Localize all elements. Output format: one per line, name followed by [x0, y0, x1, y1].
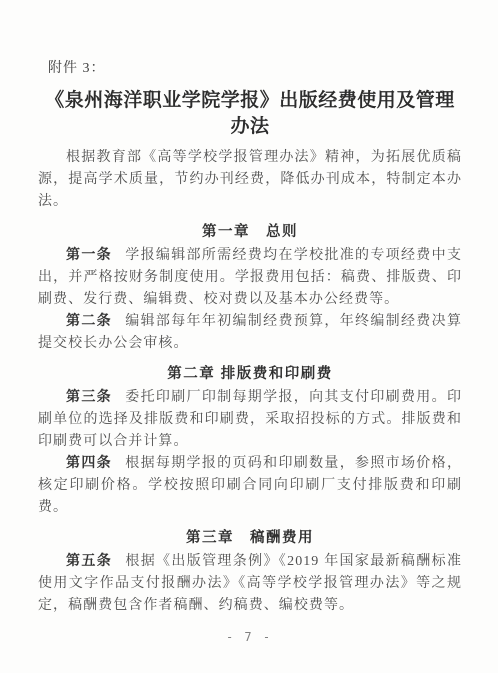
article-1-label: 第一条: [66, 248, 112, 263]
article-4-label: 第四条: [66, 456, 112, 471]
article-3-label: 第三条: [66, 390, 112, 405]
attachment-label: 附件 3：: [48, 58, 462, 80]
article-2-label: 第二条: [66, 314, 112, 329]
article-5-label: 第五条: [66, 554, 112, 569]
intro-paragraph: 根据教育部《高等学校学报管理办法》精神，为拓展优质稿源，提高学术质量，节约办刊经…: [38, 147, 462, 213]
article-1: 第一条学报编辑部所需经费均在学校批准的专项经费中支出，并严格按财务制度使用。学报…: [38, 245, 462, 311]
article-3: 第三条委托印刷厂印制每期学报，向其支付印刷费用。印刷单位的选择及排版费和印刷费，…: [38, 387, 462, 453]
document-title: 《泉州海洋职业学院学报》出版经费使用及管理办法: [38, 88, 462, 140]
article-5: 第五条根据《出版管理条例》《2019 年国家最新稿酬标准使用文字作品支付报酬办法…: [38, 551, 462, 617]
article-2: 第二条编辑部每年年初编制经费预算，年终编制经费决算提交校长办公会审核。: [38, 311, 462, 355]
chapter-heading-typesetting-printing-fees: 第二章 排版费和印刷费: [38, 363, 462, 385]
article-4: 第四条根据每期学报的页码和印刷数量，参照市场价格，核定印刷价格。学校按照印刷合同…: [38, 453, 462, 519]
chapter-heading-remuneration-fees: 第三章 稿酬费用: [38, 527, 462, 549]
page-number: - 7 -: [0, 630, 498, 644]
document-content: 附件 3： 《泉州海洋职业学院学报》出版经费使用及管理办法 根据教育部《高等学校…: [0, 0, 498, 617]
document-page: 附件 3： 《泉州海洋职业学院学报》出版经费使用及管理办法 根据教育部《高等学校…: [0, 0, 498, 673]
chapter-heading-general: 第一章 总则: [38, 221, 462, 243]
